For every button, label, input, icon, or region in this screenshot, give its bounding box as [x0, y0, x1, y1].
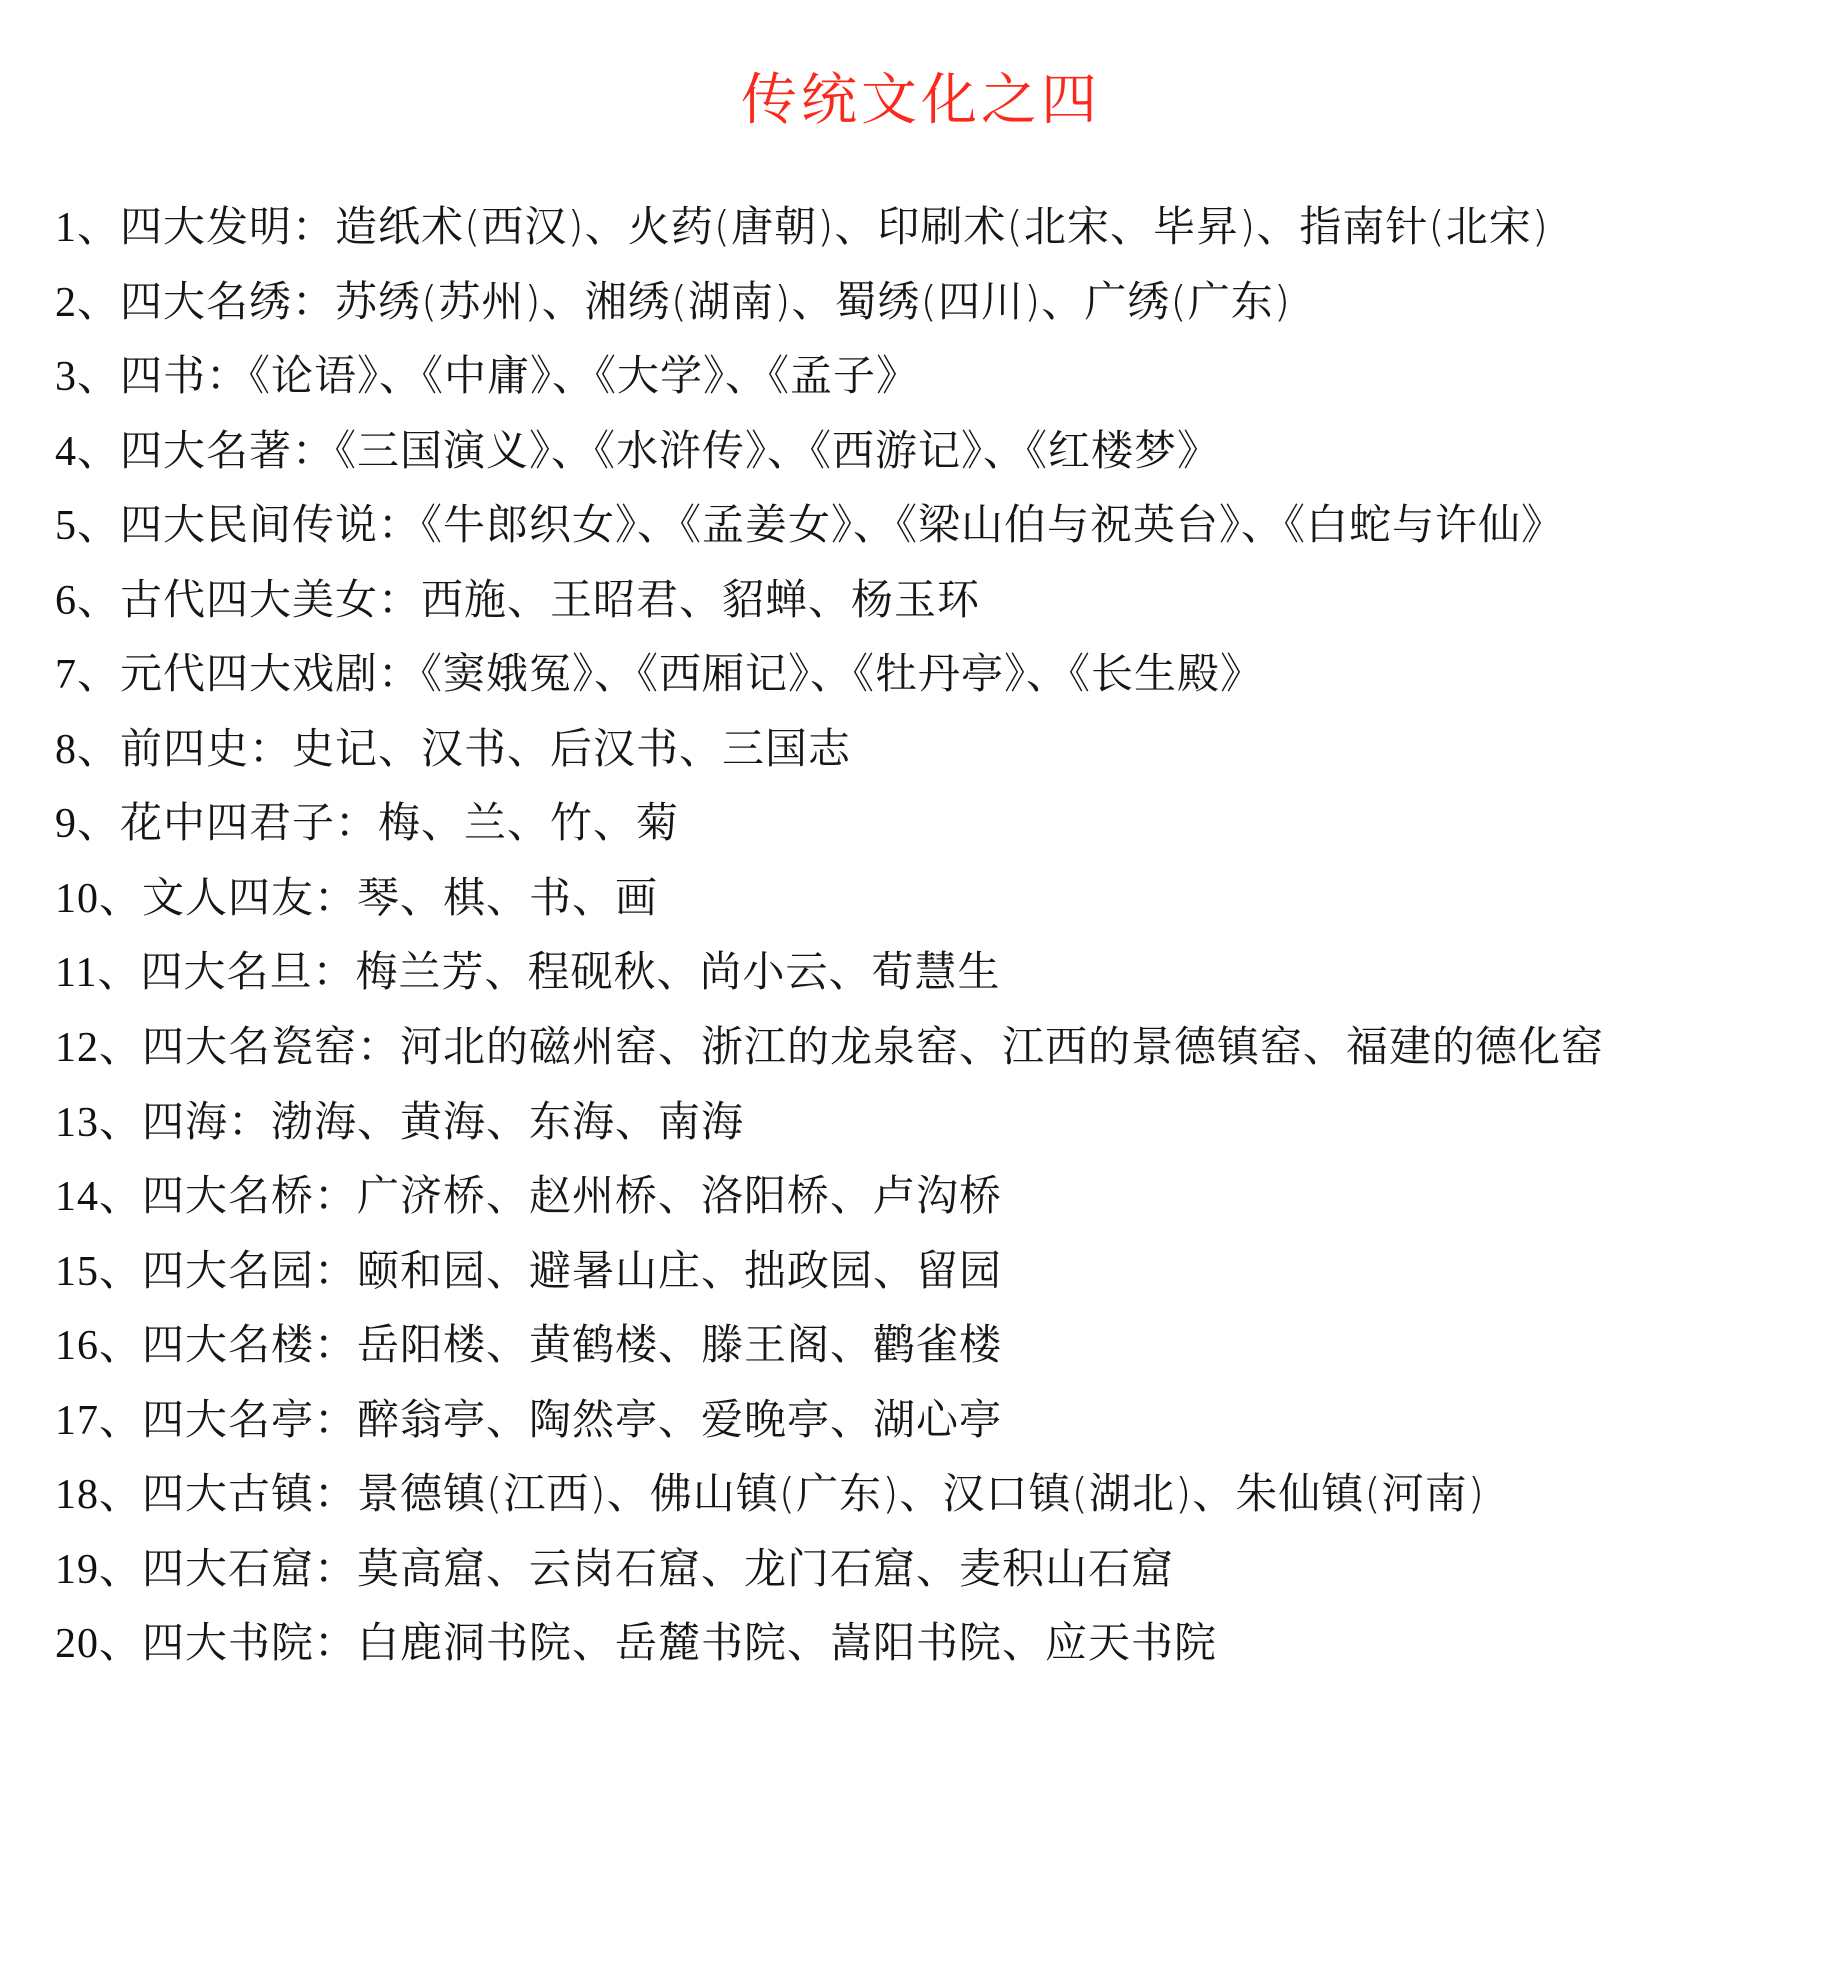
list-item: 4、四大名著：《三国演义》、《水浒传》、《西游记》、《红楼梦》 [55, 426, 1787, 478]
item-text: 四大名桥：广济桥、赵州桥、洛阳桥、卢沟桥 [142, 1171, 1002, 1220]
item-text: 四大书院：白鹿洞书院、岳麓书院、嵩阳书院、应天书院 [142, 1618, 1217, 1667]
list-item: 19、四大石窟：莫高窟、云岗石窟、龙门石窟、麦积山石窟 [55, 1544, 1787, 1596]
item-number: 18、 [55, 1472, 142, 1518]
item-text: 四大名旦：梅兰芳、程砚秋、尚小云、荀慧生 [140, 947, 1000, 996]
item-number: 2、 [55, 280, 120, 326]
item-text: 古代四大美女：西施、王昭君、貂蝉、杨玉环 [120, 575, 980, 624]
item-text: 四大名亭：醉翁亭、陶然亭、爱晚亭、湖心亭 [142, 1395, 1002, 1444]
item-number: 19、 [55, 1547, 142, 1593]
item-number: 3、 [55, 354, 120, 400]
item-number: 12、 [55, 1025, 142, 1071]
item-number: 14、 [55, 1174, 142, 1220]
item-number: 7、 [55, 652, 120, 698]
item-number: 20、 [55, 1621, 142, 1667]
list-item: 14、四大名桥：广济桥、赵州桥、洛阳桥、卢沟桥 [55, 1171, 1787, 1223]
item-text: 四大古镇：景德镇(江西)、佛山镇(广东)、汉口镇(湖北)、朱仙镇(河南) [142, 1469, 1485, 1518]
item-text: 四大名园：颐和园、避暑山庄、拙政园、留园 [142, 1246, 1002, 1295]
list-item: 13、四海：渤海、黄海、东海、南海 [55, 1097, 1787, 1149]
item-text: 四大名楼：岳阳楼、黄鹤楼、滕王阁、鹳雀楼 [142, 1320, 1002, 1369]
item-text: 四大名著：《三国演义》、《水浒传》、《西游记》、《红楼梦》 [120, 426, 1220, 475]
item-text: 元代四大戏剧：《窦娥冤》、《西厢记》、《牡丹亭》、《长生殿》 [120, 649, 1263, 698]
list-item: 17、四大名亭：醉翁亭、陶然亭、爱晚亭、湖心亭 [55, 1395, 1787, 1447]
item-text: 四大名绣：苏绣(苏州)、湘绣(湖南)、蜀绣(四川)、广绣(广东) [120, 277, 1291, 326]
item-number: 16、 [55, 1323, 142, 1369]
culture-list: 1、四大发明：造纸术(西汉)、火药(唐朝)、印刷术(北宋、毕昇)、指南针(北宋)… [55, 202, 1787, 1670]
item-text: 前四史：史记、汉书、后汉书、三国志 [120, 724, 851, 773]
item-number: 11、 [55, 950, 140, 996]
item-number: 5、 [55, 503, 120, 549]
item-text: 花中四君子：梅、兰、竹、菊 [120, 798, 679, 847]
list-item: 12、四大名瓷窑：河北的磁州窑、浙江的龙泉窑、江西的景德镇窑、福建的德化窑 [55, 1022, 1787, 1074]
item-text: 四大名瓷窑：河北的磁州窑、浙江的龙泉窑、江西的景德镇窑、福建的德化窑 [142, 1022, 1604, 1071]
page-title: 传统文化之四 [55, 56, 1787, 136]
list-item: 20、四大书院：白鹿洞书院、岳麓书院、嵩阳书院、应天书院 [55, 1618, 1787, 1670]
item-text: 文人四友：琴、棋、书、画 [142, 873, 658, 922]
item-number: 15、 [55, 1249, 142, 1295]
item-number: 1、 [55, 205, 120, 251]
item-number: 9、 [55, 801, 120, 847]
list-item: 16、四大名楼：岳阳楼、黄鹤楼、滕王阁、鹳雀楼 [55, 1320, 1787, 1372]
document-page: 传统文化之四 1、四大发明：造纸术(西汉)、火药(唐朝)、印刷术(北宋、毕昇)、… [0, 0, 1835, 1968]
item-number: 4、 [55, 429, 120, 475]
item-text: 四大发明：造纸术(西汉)、火药(唐朝)、印刷术(北宋、毕昇)、指南针(北宋) [120, 202, 1549, 251]
list-item: 6、古代四大美女：西施、王昭君、貂蝉、杨玉环 [55, 575, 1787, 627]
item-text: 四书：《论语》、《中庸》、《大学》、《孟子》 [120, 351, 919, 400]
list-item: 1、四大发明：造纸术(西汉)、火药(唐朝)、印刷术(北宋、毕昇)、指南针(北宋) [55, 202, 1787, 254]
list-item: 15、四大名园：颐和园、避暑山庄、拙政园、留园 [55, 1246, 1787, 1298]
item-number: 10、 [55, 876, 142, 922]
item-number: 6、 [55, 578, 120, 624]
item-number: 8、 [55, 727, 120, 773]
list-item: 8、前四史：史记、汉书、后汉书、三国志 [55, 724, 1787, 776]
item-text: 四大石窟：莫高窟、云岗石窟、龙门石窟、麦积山石窟 [142, 1544, 1174, 1593]
list-item: 10、文人四友：琴、棋、书、画 [55, 873, 1787, 925]
item-text: 四大民间传说：《牛郎织女》、《孟姜女》、《梁山伯与祝英台》、《白蛇与许仙》 [120, 500, 1564, 549]
item-text: 四海：渤海、黄海、东海、南海 [142, 1097, 744, 1146]
list-item: 9、花中四君子：梅、兰、竹、菊 [55, 798, 1787, 850]
item-number: 13、 [55, 1100, 142, 1146]
list-item: 7、元代四大戏剧：《窦娥冤》、《西厢记》、《牡丹亭》、《长生殿》 [55, 649, 1787, 701]
list-item: 5、四大民间传说：《牛郎织女》、《孟姜女》、《梁山伯与祝英台》、《白蛇与许仙》 [55, 500, 1787, 552]
list-item: 2、四大名绣：苏绣(苏州)、湘绣(湖南)、蜀绣(四川)、广绣(广东) [55, 277, 1787, 329]
list-item: 18、四大古镇：景德镇(江西)、佛山镇(广东)、汉口镇(湖北)、朱仙镇(河南) [55, 1469, 1787, 1521]
list-item: 3、四书：《论语》、《中庸》、《大学》、《孟子》 [55, 351, 1787, 403]
item-number: 17、 [55, 1398, 142, 1444]
list-item: 11、四大名旦：梅兰芳、程砚秋、尚小云、荀慧生 [55, 947, 1787, 999]
